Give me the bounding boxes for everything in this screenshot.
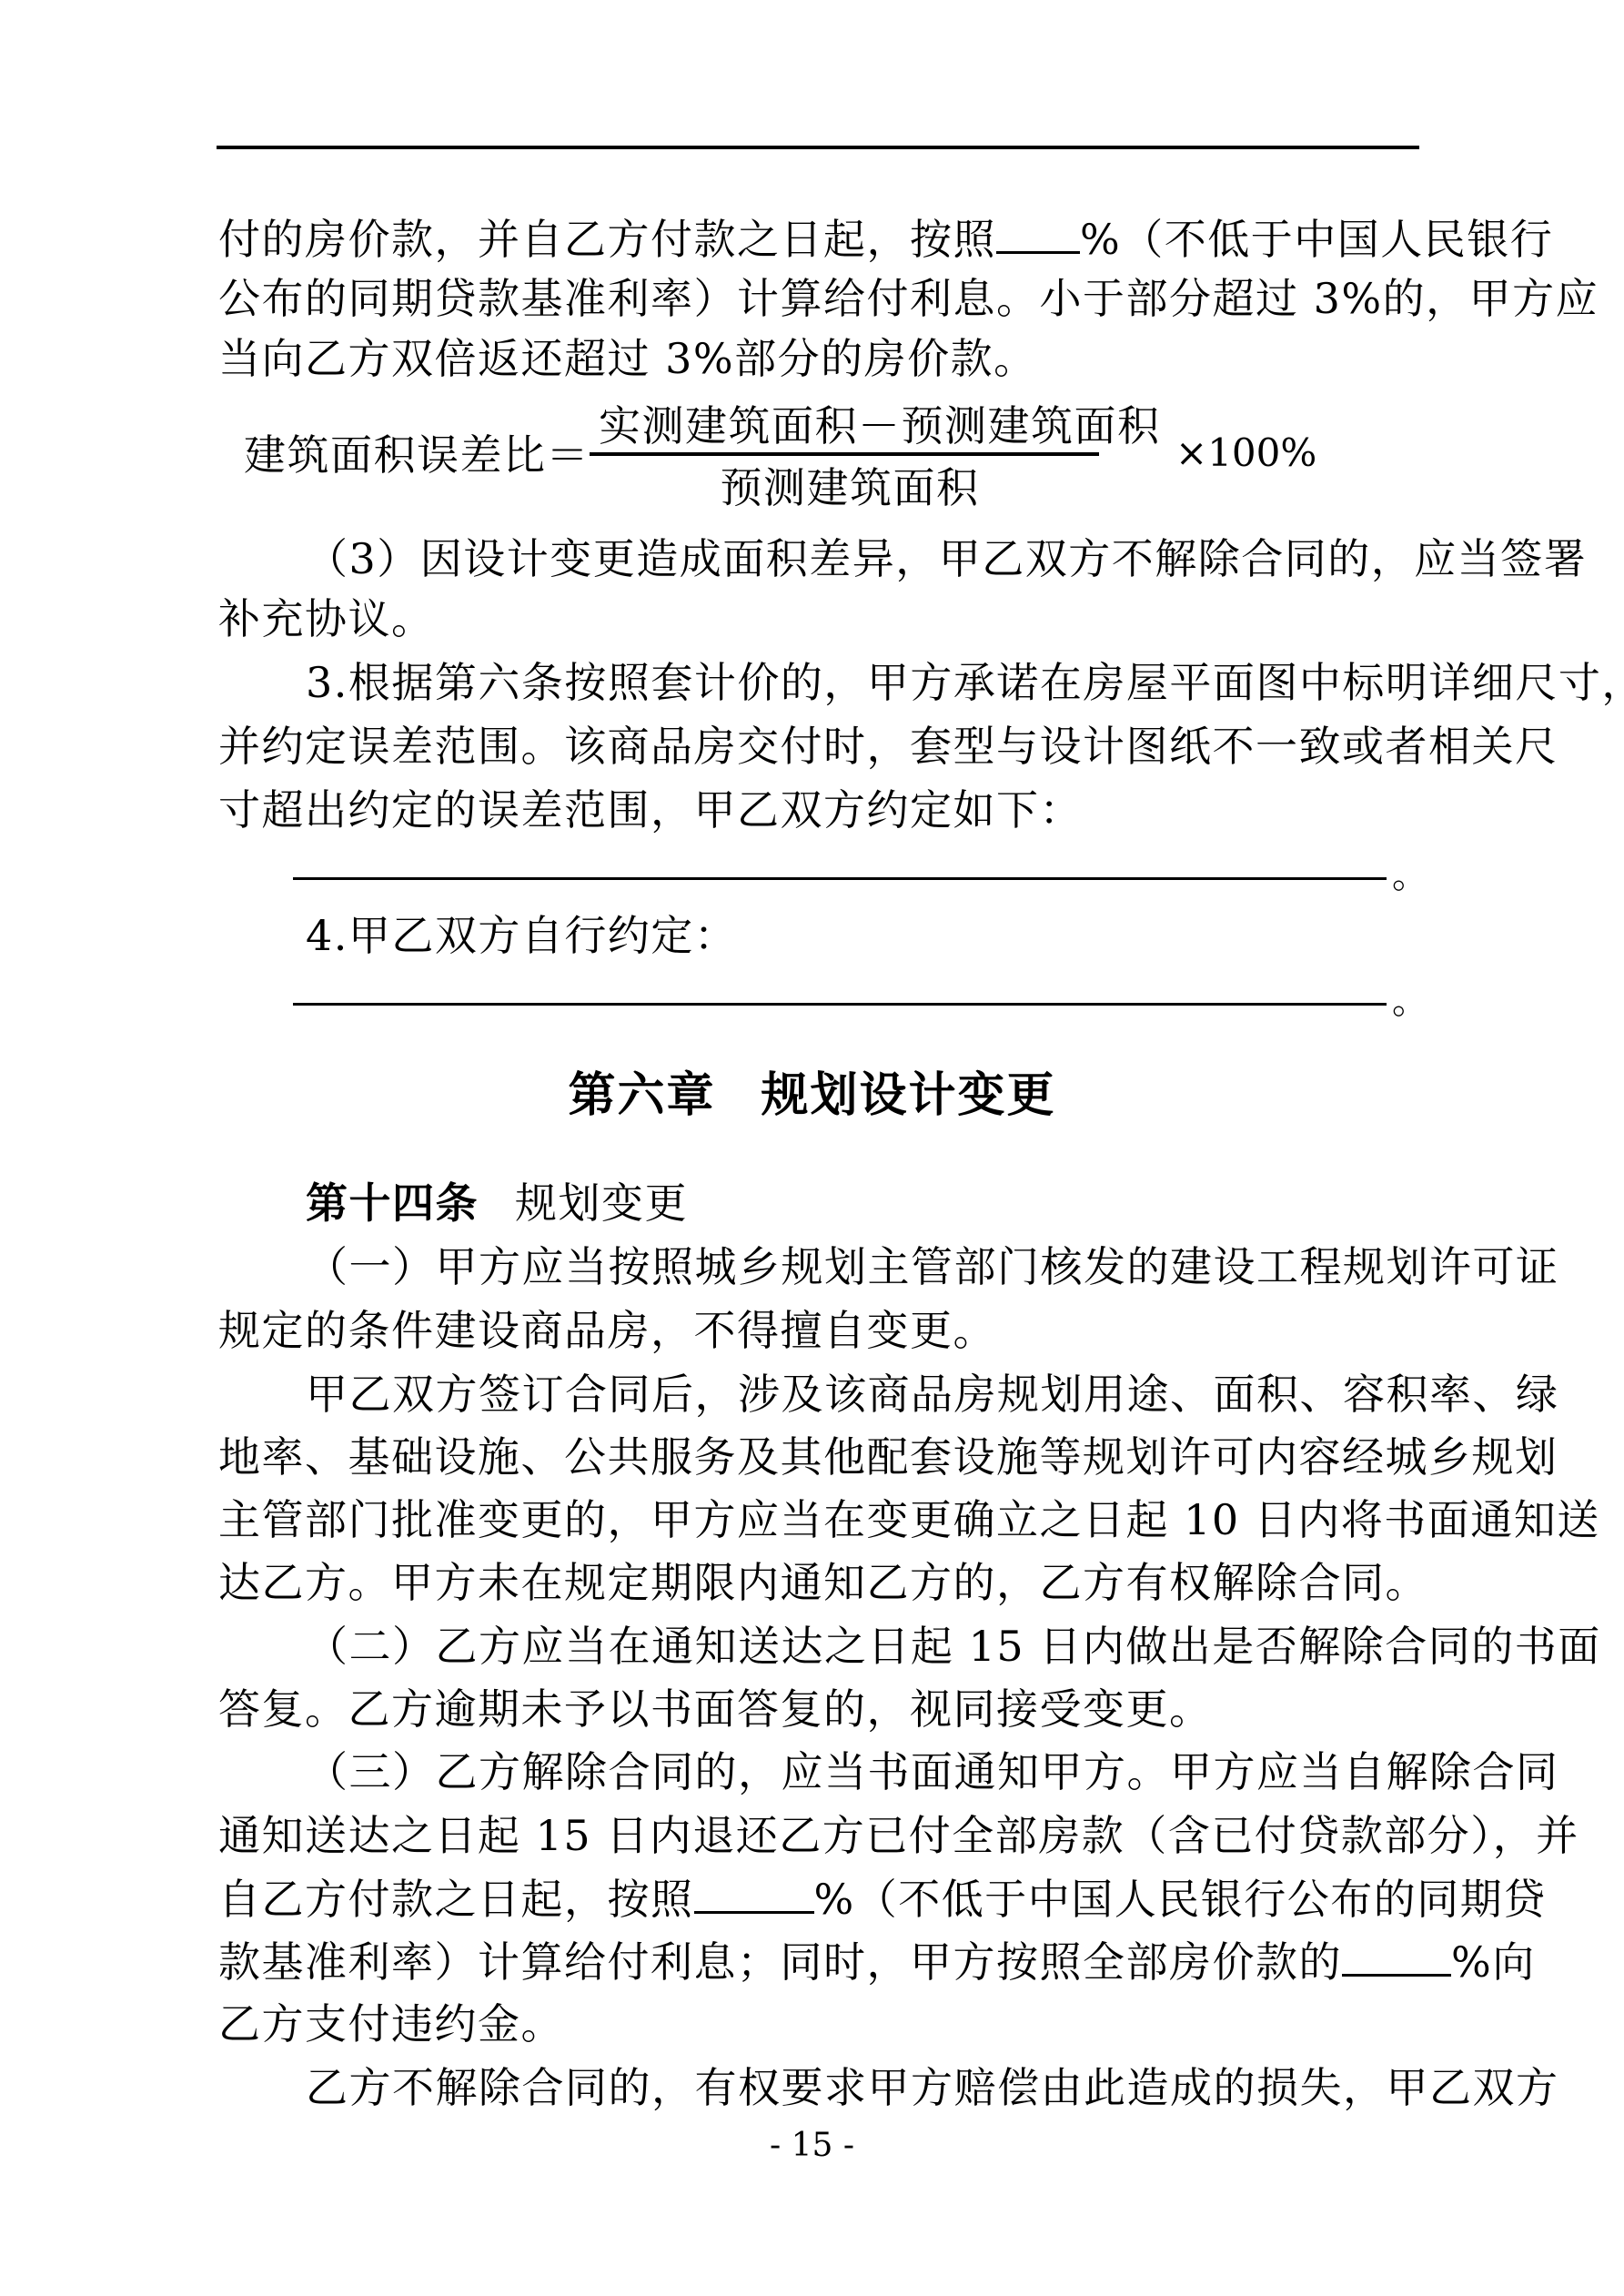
paragraph-line: 并约定误差范围。该商品房交付时，套型与设计图纸不一致或者相关尺: [218, 719, 1421, 774]
paragraph-line: （三）乙方解除合同的，应当书面通知甲方。甲方应当自解除合同: [306, 1745, 1421, 1799]
article-name: 规划变更: [515, 1178, 688, 1228]
paragraph-line: 3.根据第六条按照套计价的，甲方承诺在房屋平面图中标明详细尺寸，: [306, 655, 1421, 710]
chapter-name: 规划设计变更: [762, 1067, 1056, 1123]
paragraph-line: 款基准利率）计算给付利息；同时，甲方按照全部房价款的%向: [218, 1934, 1421, 1989]
article-heading: 第十四条规划变更: [306, 1176, 1421, 1230]
paragraph-line: 规定的条件建设商品房，不得擅自变更。: [218, 1303, 1421, 1358]
paragraph-line: 通知送达之日起 15 日内退还乙方已付全部房款（含已付贷款部分），并: [218, 1808, 1421, 1863]
paragraph-line: 达乙方。甲方未在规定期限内通知乙方的，乙方有权解除合同。: [218, 1555, 1421, 1610]
text-segment: %（不低于中国人民银行公布的同期贷: [814, 1875, 1547, 1924]
chapter-title: 第六章规划设计变更: [0, 1067, 1624, 1125]
formula-denominator: 预测建筑面积: [599, 460, 1101, 515]
formula-multiplier: ×100%: [1175, 426, 1316, 480]
formula-numerator: 实测建筑面积－预测建筑面积: [599, 399, 1101, 453]
text-segment: 自乙方付款之日起，按照: [218, 1875, 694, 1924]
formula-label: 建筑面积误差比＝: [244, 428, 590, 482]
paragraph-line: 甲乙双方签订合同后，涉及该商品房规划用途、面积、容积率、绿: [306, 1367, 1421, 1421]
text-segment: %向: [1451, 1937, 1536, 1987]
paragraph-line: 寸超出约定的误差范围，甲乙双方约定如下：: [218, 783, 1421, 837]
paragraph-line: 补充协议。: [218, 592, 1421, 646]
paragraph-line: 当向乙方双倍返还超过 3%部分的房价款。: [218, 331, 1421, 386]
agreement-4-blank[interactable]: [293, 1003, 1387, 1006]
paragraph-line: 公布的同期贷款基准利率）计算给付利息。小于部分超过 3%的，甲方应: [218, 271, 1421, 326]
header-rule: [217, 146, 1419, 149]
agreement-3-blank[interactable]: [293, 877, 1387, 880]
text-segment: 付的房价款，并自乙方付款之日起，按照: [218, 215, 996, 264]
interest-rate-blank[interactable]: [996, 211, 1080, 254]
paragraph-line: 4.甲乙双方自行约定：: [306, 908, 1421, 963]
paragraph-line: 主管部门批准变更的，甲方应当在变更确立之日起 10 日内将书面通知送: [218, 1492, 1421, 1547]
page-number: - 15 -: [0, 2126, 1624, 2166]
text-segment: 款基准利率）计算给付利息；同时，甲方按照全部房价款的: [218, 1937, 1342, 1987]
period-mark: 。: [1392, 846, 1428, 898]
paragraph-line: （一）甲方应当按照城乡规划主管部门核发的建设工程规划许可证: [306, 1239, 1421, 1294]
paragraph-line: （3）因设计变更造成面积差异，甲乙双方不解除合同的，应当签署: [306, 531, 1421, 586]
article-number: 第十四条: [306, 1178, 479, 1228]
paragraph-line: 地率、基础设施、公共服务及其他配套设施等规划许可内容经城乡规划: [218, 1430, 1421, 1484]
paragraph-line: 自乙方付款之日起，按照%（不低于中国人民银行公布的同期贷: [218, 1871, 1421, 1927]
chapter-number: 第六章: [568, 1067, 715, 1123]
fraction-bar: [590, 452, 1099, 456]
paragraph-line: 乙方不解除合同的，有权要求甲方赔偿由此造成的损失，甲乙双方: [306, 2060, 1421, 2115]
paragraph-line: 乙方支付违约金。: [218, 1997, 1421, 2051]
interest-rate-blank[interactable]: [694, 1871, 814, 1914]
paragraph-line: 答复。乙方逾期未予以书面答复的，视同接受变更。: [218, 1682, 1421, 1736]
period-mark: 。: [1392, 972, 1428, 1024]
paragraph-line: 付的房价款，并自乙方付款之日起，按照%（不低于中国人民银行: [218, 211, 1421, 267]
text-segment: %（不低于中国人民银行: [1080, 215, 1553, 264]
paragraph-line: （二）乙方应当在通知送达之日起 15 日内做出是否解除合同的书面: [306, 1619, 1421, 1674]
penalty-rate-blank[interactable]: [1342, 1934, 1451, 1977]
